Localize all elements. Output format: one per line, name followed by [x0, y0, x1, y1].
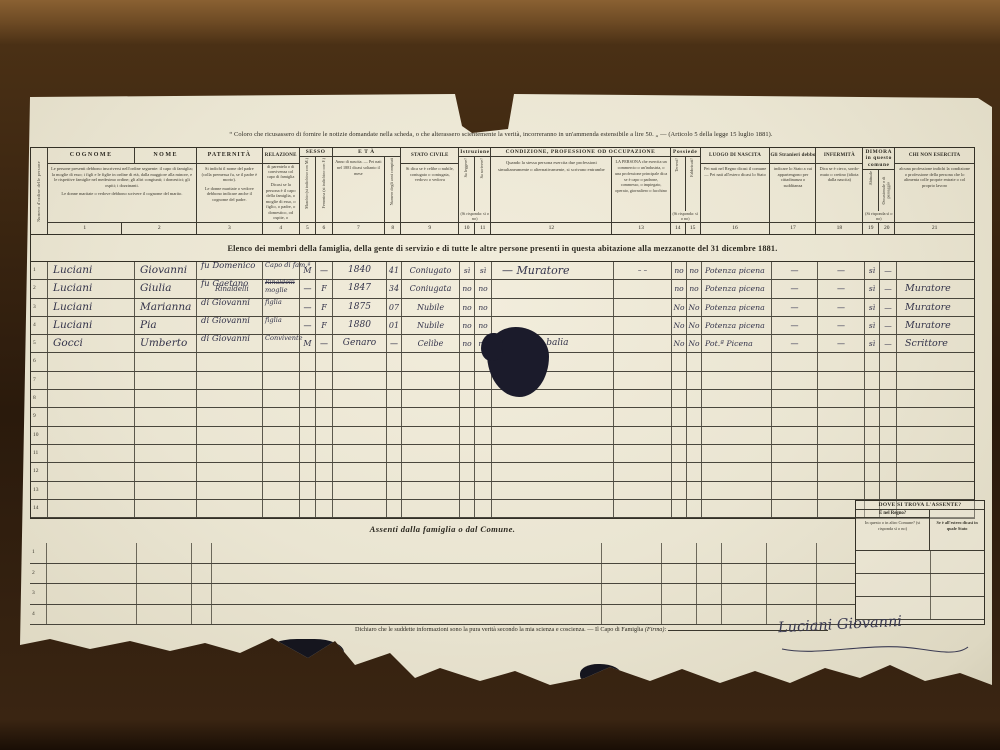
- cell-cognome: [47, 353, 134, 370]
- cell-f: [315, 482, 332, 499]
- cell-scrive: [474, 372, 491, 389]
- cell-m: [299, 372, 315, 389]
- cell-chi: [896, 372, 976, 389]
- table-row-empty: 10: [31, 427, 974, 445]
- cell-nome: [134, 427, 196, 444]
- cell-relazione: [262, 427, 299, 444]
- cell-fabbricati: No: [686, 335, 701, 352]
- cell-fabbricati: [686, 390, 701, 407]
- cell-stranieri: [771, 390, 817, 407]
- stranieri-title: Gli Stranieri debbono: [770, 148, 815, 164]
- cell-cond: [491, 299, 613, 316]
- assenti-cell: [661, 543, 696, 563]
- cell-legge: [459, 427, 474, 444]
- cell-legge: [459, 390, 474, 407]
- cell-m: [299, 353, 315, 370]
- cell-anno: [332, 353, 386, 370]
- cell-abituale: sì: [864, 262, 879, 279]
- paternita-title: PATERNITÀ: [197, 148, 262, 164]
- col-num-6: 6: [315, 223, 331, 234]
- header-col-numero: Numero d'ordine delle persone: [31, 148, 47, 234]
- cell-infermita: [817, 445, 864, 462]
- cell-cognome: [47, 445, 134, 462]
- cell-occasionale: —: [879, 335, 896, 352]
- cell-relazione: [262, 372, 299, 389]
- header-col-chi-non-esercita: CHI NON ESERCITA alcuna professione indi…: [894, 148, 974, 234]
- cell-anno: [332, 390, 386, 407]
- cell-legge: [459, 408, 474, 425]
- cell-f: [315, 408, 332, 425]
- sa-scrivere: Sa scrivere?: [474, 157, 490, 211]
- cell-paternita: di Giovanni: [196, 299, 262, 316]
- cell-terreni: No: [671, 335, 686, 352]
- cell-infermita: —: [817, 280, 864, 297]
- assenti-cell: [766, 543, 816, 563]
- assenti-cell: [721, 543, 766, 563]
- relazione-subtitle: di parentela o di convivenza col capo di…: [263, 164, 299, 180]
- cell-m: —: [299, 299, 315, 316]
- dove-empty-rows: [856, 551, 984, 619]
- col-num-5: 5: [300, 223, 315, 234]
- col-num-10: 10: [459, 223, 474, 234]
- cell-occasionale: [879, 408, 896, 425]
- col-num-13: 13: [611, 223, 669, 234]
- cell-paternita: fu GaetanoRinaldelli: [196, 280, 262, 297]
- cell-cond: [491, 463, 613, 480]
- assenti-cell: [211, 564, 601, 584]
- cell-stato: [401, 390, 459, 407]
- cell-infermita: —: [817, 299, 864, 316]
- assenti-row-number: 4: [30, 605, 46, 625]
- cell-chi: [896, 445, 976, 462]
- assenti-row: 2: [30, 564, 855, 585]
- assenti-cell: [136, 605, 191, 625]
- cell-nome: Giovanni: [134, 262, 196, 279]
- col-num-12: 12: [491, 223, 611, 234]
- cell-chi: [896, 408, 976, 425]
- cell-abituale: sì: [864, 317, 879, 334]
- cell-nome: [134, 445, 196, 462]
- cell-scrive: [474, 482, 491, 499]
- header-group-condizione: CONDIZIONE, PROFESSIONE OD OCCUPAZIONE Q…: [490, 148, 670, 234]
- cell-paternita: di Giovanni: [196, 335, 262, 352]
- table-row: 3LucianiMariannadi Giovannifiglia—F18750…: [31, 299, 974, 317]
- cell-anni: 41: [386, 262, 401, 279]
- cell-persona: [613, 463, 671, 480]
- header-group-eta: E T À Anno di nascita. — Pei nati nel 18…: [332, 148, 401, 234]
- cell-terreni: No: [671, 317, 686, 334]
- dove-title: DOVE SI TROVA L'ASSENTE?: [856, 501, 984, 510]
- cell-legge: [459, 482, 474, 499]
- cell-anno: [332, 482, 386, 499]
- cell-occasionale: [879, 390, 896, 407]
- assenti-cell: [191, 543, 211, 563]
- assenti-cell: [766, 584, 816, 604]
- cell-abituale: [864, 408, 879, 425]
- cell-infermita: —: [817, 335, 864, 352]
- col-num-18: 18: [816, 222, 862, 234]
- cell-f: [315, 353, 332, 370]
- cell-cond: — Muratore: [491, 262, 613, 279]
- cell-persona: [613, 482, 671, 499]
- assenti-cell: [46, 605, 136, 625]
- col-num-4: 4: [263, 222, 299, 234]
- cell-num: 11: [31, 445, 47, 462]
- cell-scrive: no: [474, 280, 491, 297]
- stranieri-note: indicare lo Stato a cui appartengono per…: [770, 164, 815, 222]
- eta-anni-compiuti: Numero degli anni compiuti: [384, 157, 400, 222]
- dove-estero-note: Se è all'estero dicasi in quale Stato: [930, 518, 984, 550]
- assenti-cell: [601, 584, 661, 604]
- cell-stranieri: —: [771, 280, 817, 297]
- declaration-line: Dichiaro che le suddette informazioni so…: [355, 626, 825, 633]
- cell-nome: [134, 482, 196, 499]
- col-num-20: 20: [878, 223, 894, 234]
- cell-scrive: [474, 408, 491, 425]
- assenti-row: 3: [30, 584, 855, 605]
- cell-occasionale: —: [879, 317, 896, 334]
- signature-flourish: [780, 641, 970, 657]
- dimora-note: (Si risponda sì o no): [863, 211, 894, 222]
- assenti-cell: [136, 584, 191, 604]
- cell-paternita: [196, 390, 262, 407]
- cell-stato: [401, 463, 459, 480]
- cell-relazione: figlia: [262, 317, 299, 334]
- cell-anni: 01: [386, 317, 401, 334]
- stato-civile-note: Si dica se è celibe o nubile, coniugato …: [401, 164, 458, 222]
- cell-relazione: [262, 353, 299, 370]
- assenti-cell: [136, 543, 191, 563]
- cell-stato: [401, 408, 459, 425]
- header-col-relazione: RELAZIONE di parentela o di convivenza c…: [262, 148, 299, 234]
- cell-terreni: No: [671, 299, 686, 316]
- cell-paternita: [196, 445, 262, 462]
- cell-infermita: [817, 408, 864, 425]
- cell-fabbricati: no: [686, 280, 701, 297]
- cell-m: [299, 408, 315, 425]
- cell-scrive: [474, 445, 491, 462]
- assenti-row-number: 1: [30, 543, 46, 563]
- luogo-nascita-note: Pei nati nel Regno dicasi il comune — Pe…: [701, 164, 770, 222]
- assenti-cell: [191, 564, 211, 584]
- elenco-line: Elenco dei membri della famiglia, della …: [31, 235, 974, 262]
- cell-terreni: [671, 390, 686, 407]
- abituale-label: Abituale: [869, 170, 874, 186]
- cell-terreni: [671, 408, 686, 425]
- eta-title: E T À: [333, 148, 401, 157]
- chi-non-esercita-title: CHI NON ESERCITA: [895, 148, 974, 164]
- cell-anni: [386, 408, 401, 425]
- assenti-row: 4: [30, 605, 855, 626]
- cell-anno: 1880: [332, 317, 386, 334]
- header-col-luogo-nascita: LUOGO DI NASCITA Pei nati nel Regno dica…: [700, 148, 770, 234]
- cell-persona: [613, 427, 671, 444]
- cell-anni: [386, 390, 401, 407]
- dimora-title: DIMORA in questo comune: [863, 148, 894, 170]
- cell-fabbricati: [686, 463, 701, 480]
- cell-f: —: [315, 262, 332, 279]
- cognome-note-2: Le donne maritate o vedove debbono scriv…: [51, 191, 193, 197]
- assenti-cell: [211, 605, 601, 625]
- cell-cognome: Luciani: [47, 317, 134, 334]
- cell-terreni: no: [671, 280, 686, 297]
- cell-f: —: [315, 335, 332, 352]
- cell-abituale: [864, 427, 879, 444]
- col-num-16: 16: [701, 222, 770, 234]
- col-num-1: 1: [48, 223, 122, 234]
- cell-legge: no: [459, 317, 474, 334]
- cognome-note-1: Le persone presenti debbono inscriversi …: [51, 166, 193, 188]
- assenti-cell: [661, 564, 696, 584]
- header-cognome-title: COGNOME: [48, 148, 134, 163]
- paternita-note-2: Le donne maritate o vedove debbono indic…: [200, 186, 259, 203]
- assenti-cell: [46, 584, 136, 604]
- cell-nome: [134, 408, 196, 425]
- cell-luogo: Potenza picena: [701, 317, 771, 334]
- dimora-occasionale: Occasionale o di passaggio: [878, 170, 894, 211]
- cell-persona: [613, 335, 671, 352]
- cell-num: 8: [31, 390, 47, 407]
- cell-cognome: [47, 482, 134, 499]
- cell-luogo: Pot.ª Picena: [701, 335, 771, 352]
- cell-occasionale: [879, 463, 896, 480]
- terreni-label: Terreni?: [675, 157, 680, 173]
- cell-stato: Coniugata: [401, 280, 459, 297]
- cell-persona: [613, 280, 671, 297]
- cell-abituale: [864, 445, 879, 462]
- cell-relazione: [262, 463, 299, 480]
- cell-occasionale: —: [879, 299, 896, 316]
- cell-stato: [401, 427, 459, 444]
- condizione-sub1: Quando la stessa persona esercita due pr…: [491, 157, 611, 222]
- cell-m: —: [299, 317, 315, 334]
- sesso-maschio: Maschio (si indichino con M.): [300, 157, 315, 222]
- cell-num: 1: [31, 262, 47, 279]
- cell-relazione: [262, 445, 299, 462]
- cell-cond: [491, 482, 613, 499]
- header-group-possiede: Possiede Terreni? Fabbricati? (Si rispon…: [670, 148, 700, 234]
- infermita-note: Dica se è cieco, sordo-muto o cretino (i…: [816, 164, 862, 222]
- anno-nascita-note: Anno di nascita. — Pei nati nel 1881 dic…: [333, 157, 385, 178]
- cell-occasionale: [879, 427, 896, 444]
- table-header: Numero d'ordine delle persone COGNOME NO…: [31, 148, 974, 235]
- cell-occasionale: —: [879, 280, 896, 297]
- femmina-label: Femmina (si indichino con F.): [322, 157, 327, 210]
- cell-anni: [386, 372, 401, 389]
- cell-paternita: [196, 427, 262, 444]
- cell-m: —: [299, 280, 315, 297]
- cell-persona: [613, 390, 671, 407]
- assenti-cell: [696, 564, 721, 584]
- cell-luogo: [701, 463, 771, 480]
- cell-num: 7: [31, 372, 47, 389]
- cell-f: [315, 463, 332, 480]
- assenti-cell: [696, 543, 721, 563]
- paternita-note: Si indichi il nome del padre (colla prem…: [197, 164, 262, 222]
- assenti-row-number: 2: [30, 564, 46, 584]
- cell-anni: 34: [386, 280, 401, 297]
- possiede-terreni: Terreni?: [671, 157, 685, 211]
- cell-infermita: [817, 427, 864, 444]
- assenti-cell: [766, 564, 816, 584]
- cell-stranieri: [771, 427, 817, 444]
- cognome-nome-note: Le persone presenti debbono inscriversi …: [48, 164, 196, 222]
- cell-terreni: [671, 353, 686, 370]
- chi-non-esercita-note: alcuna professione indichi la condizione…: [895, 164, 974, 222]
- cell-abituale: [864, 482, 879, 499]
- stato-civile-title: STATO CIVILE: [401, 148, 458, 164]
- cell-m: [299, 427, 315, 444]
- cell-infermita: [817, 463, 864, 480]
- cell-legge: [459, 353, 474, 370]
- cell-persona: [613, 353, 671, 370]
- cell-anni: [386, 482, 401, 499]
- cell-num: 13: [31, 482, 47, 499]
- col-num-21: 21: [895, 222, 974, 234]
- cell-stranieri: [771, 463, 817, 480]
- cell-persona: [613, 299, 671, 316]
- cell-occasionale: —: [879, 262, 896, 279]
- cell-nome: [134, 463, 196, 480]
- cell-terreni: [671, 445, 686, 462]
- header-col-infermita: INFERMITÀ Dica se è cieco, sordo-muto o …: [815, 148, 862, 234]
- cell-abituale: [864, 353, 879, 370]
- cell-chi: [896, 427, 976, 444]
- table-row: 1LucianiGiovannifu DomenicoCapo di fam.ª…: [31, 262, 974, 280]
- cell-nome: [134, 353, 196, 370]
- infermita-title: INFERMITÀ: [816, 148, 862, 164]
- cell-abituale: sì: [864, 299, 879, 316]
- cell-terreni: [671, 463, 686, 480]
- cell-relazione: Capo di fam.ª: [262, 262, 299, 279]
- cell-anni: [386, 445, 401, 462]
- cell-chi: [896, 482, 976, 499]
- cell-nome: Umberto: [134, 335, 196, 352]
- col-num-11: 11: [474, 223, 490, 234]
- cell-chi: [896, 463, 976, 480]
- istruzione-title: Istruzione: [459, 148, 490, 157]
- cell-terreni: [671, 482, 686, 499]
- cell-f: [315, 427, 332, 444]
- cell-fabbricati: [686, 445, 701, 462]
- cell-stranieri: —: [771, 262, 817, 279]
- cell-stato: [401, 482, 459, 499]
- cell-cond: [491, 445, 613, 462]
- cell-f: F: [315, 317, 332, 334]
- cell-relazione: figlia: [262, 299, 299, 316]
- cell-anno: [332, 408, 386, 425]
- assenti-cell: [601, 564, 661, 584]
- relazione-title: RELAZIONE: [263, 148, 299, 164]
- col-num-3: 3: [197, 222, 262, 234]
- cell-abituale: [864, 390, 879, 407]
- cell-luogo: [701, 353, 771, 370]
- assenti-cell: [721, 584, 766, 604]
- col-num-15: 15: [685, 223, 700, 234]
- cell-cond: [491, 427, 613, 444]
- cell-nome: [134, 372, 196, 389]
- cell-nome: Giulia: [134, 280, 196, 297]
- cell-luogo: [701, 408, 771, 425]
- dove-assente-box: DOVE SI TROVA L'ASSENTE? È nel Regno? In…: [855, 500, 985, 625]
- declaration-text: Dichiaro che le suddette informazioni so…: [355, 626, 643, 633]
- cell-relazione: Convivente: [262, 335, 299, 352]
- cell-num: 2: [31, 280, 47, 297]
- cell-num: 10: [31, 427, 47, 444]
- cell-anni: [386, 463, 401, 480]
- assenti-cell: [191, 584, 211, 604]
- cell-stato: [401, 445, 459, 462]
- cell-paternita: di Giovanni: [196, 317, 262, 334]
- cell-anno: [332, 427, 386, 444]
- cell-relazione: [262, 408, 299, 425]
- cell-legge: [459, 372, 474, 389]
- cell-luogo: [701, 482, 771, 499]
- cell-stranieri: —: [771, 317, 817, 334]
- cell-stato: [401, 353, 459, 370]
- cell-persona: – –: [613, 262, 671, 279]
- cell-infermita: [817, 372, 864, 389]
- cell-persona: [613, 445, 671, 462]
- dove-regno-label: È nel Regno?: [856, 510, 930, 518]
- cell-m: [299, 463, 315, 480]
- eta-anno-nascita: Anno di nascita. — Pei nati nel 1881 dic…: [333, 157, 385, 222]
- cell-abituale: sì: [864, 335, 879, 352]
- numero-ordine-label: Numero d'ordine delle persone: [36, 161, 41, 222]
- condizione-title: CONDIZIONE, PROFESSIONE OD OCCUPAZIONE: [491, 148, 670, 157]
- cell-relazione: [262, 482, 299, 499]
- census-sheet: “ Coloro che ricusassero di fornire le n…: [10, 93, 992, 693]
- col-num-14: 14: [671, 223, 685, 234]
- condizione-sub2: LA PERSONA che esercita un commercio o u…: [611, 157, 669, 222]
- header-col-stato-civile: STATO CIVILE Si dica se è celibe o nubil…: [400, 148, 458, 234]
- cell-cognome: Luciani: [47, 262, 134, 279]
- possiede-note: (Si risponda: sì o no): [671, 211, 700, 222]
- luogo-nascita-title: LUOGO DI NASCITA: [701, 148, 770, 164]
- table-row-empty: 13: [31, 482, 974, 500]
- cell-anno: [332, 463, 386, 480]
- cell-paternita: [196, 463, 262, 480]
- cell-persona: [613, 317, 671, 334]
- cell-terreni: [671, 427, 686, 444]
- table-row: 2LucianiGiuliafu GaetanoRinaldelliRinald…: [31, 280, 974, 298]
- cell-num: 6: [31, 353, 47, 370]
- cell-f: F: [315, 299, 332, 316]
- cell-stranieri: [771, 353, 817, 370]
- cell-persona: [613, 372, 671, 389]
- col-num-17: 17: [770, 222, 815, 234]
- cell-relazione: Rinaldellimoglie: [262, 280, 299, 297]
- cell-f: [315, 445, 332, 462]
- cell-stranieri: —: [771, 299, 817, 316]
- cell-nome: Pia: [134, 317, 196, 334]
- cell-anni: [386, 427, 401, 444]
- cell-fabbricati: [686, 482, 701, 499]
- assenti-cell: [816, 543, 855, 563]
- cell-chi: [896, 262, 976, 279]
- cell-chi: Muratore: [896, 317, 976, 334]
- sa-scrivere-label: Sa scrivere?: [480, 157, 485, 179]
- cell-luogo: Potenza picena: [701, 299, 771, 316]
- cell-scrive: sì: [474, 262, 491, 279]
- possiede-title: Possiede: [671, 148, 700, 157]
- paternita-note-1: Si indichi il nome del padre (colla prem…: [200, 166, 259, 183]
- cell-luogo: [701, 390, 771, 407]
- cell-cognome: Luciani: [47, 299, 134, 316]
- dimora-abituale: Abituale: [863, 170, 878, 211]
- assenti-cell: [661, 584, 696, 604]
- cell-scrive: [474, 463, 491, 480]
